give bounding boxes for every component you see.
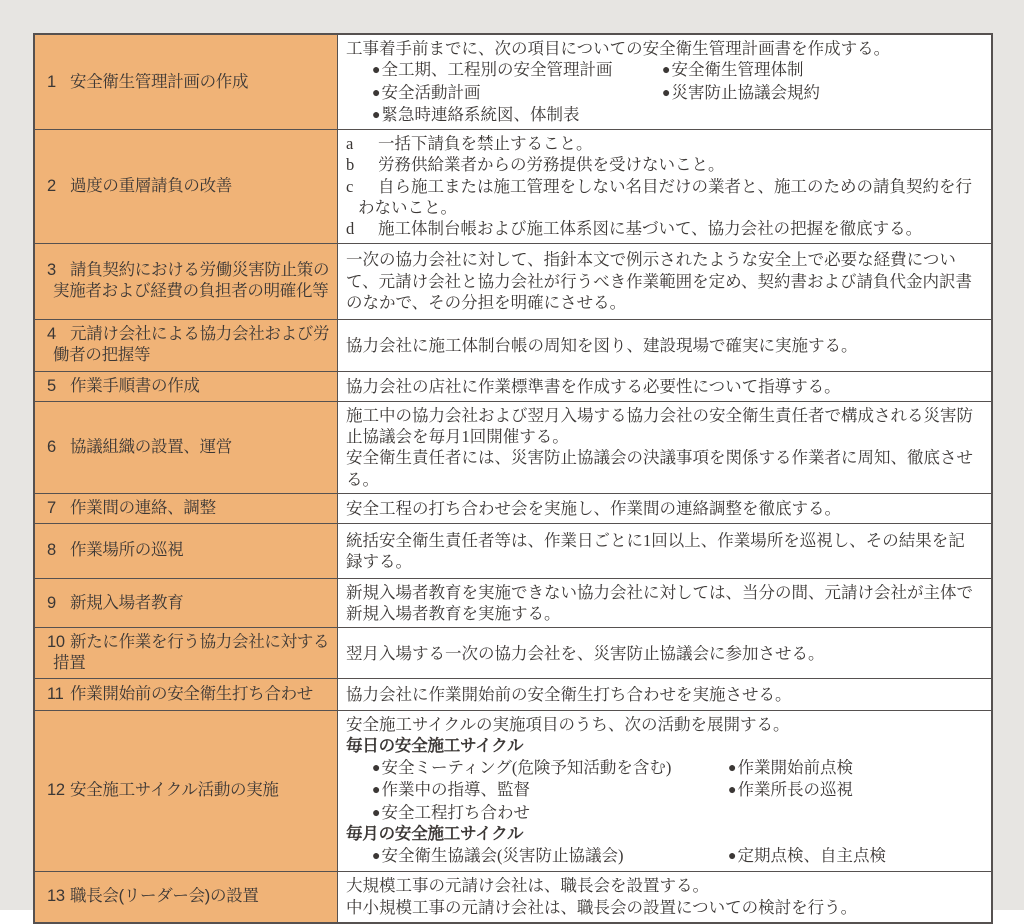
row-content-cell: 翌月入場する一次の協力会社を、災害防止協議会に参加させる。 bbox=[338, 628, 991, 678]
lettered-item-text: 施工体制台帳および施工体系図に基づいて、協力会社の把握を徹底する。 bbox=[378, 219, 922, 238]
row-label-cell: 6協議組織の設置、運営 bbox=[35, 402, 338, 493]
content-line: 新規入場者教育を実施できない協力会社に対しては、当分の間、元請け会社が主体で新規… bbox=[346, 582, 979, 625]
bullet-item: ●安全衛生協議会(災害防止協議会) bbox=[372, 845, 728, 867]
content-line: 安全工程の打ち合わせ会を実施し、作業間の連絡調整を徹底する。 bbox=[346, 498, 979, 519]
row-label: 9新規入場者教育 bbox=[47, 593, 183, 614]
content-line: 中小規模工事の元請け会社は、職長会の設置についての検討を行う。 bbox=[346, 897, 979, 918]
row-label-cell: 9新規入場者教育 bbox=[35, 579, 338, 628]
row-content-cell: 工事着手前までに、次の項目についての安全衛生管理計画書を作成する。●全工期、工程… bbox=[338, 35, 991, 129]
content-line: 翌月入場する一次の協力会社を、災害防止協議会に参加させる。 bbox=[346, 643, 979, 664]
row-label: 2過度の重層請負の改善 bbox=[47, 176, 232, 197]
document-page: 1安全衛生管理計画の作成工事着手前までに、次の項目についての安全衛生管理計画書を… bbox=[0, 0, 1024, 910]
table-row: 5作業手順書の作成協力会社の店社に作業標準書を作成する必要性について指導する。 bbox=[35, 371, 991, 401]
row-number: 11 bbox=[47, 684, 70, 705]
bullet-item-text: 作業所長の巡視 bbox=[737, 780, 853, 799]
lettered-item: b労務供給業者からの労務提供を受けないこと。 bbox=[346, 154, 979, 175]
row-number: 5 bbox=[47, 376, 70, 397]
row-label-cell: 1安全衛生管理計画の作成 bbox=[35, 35, 338, 129]
bullet-item-text: 安全工程打ち合わせ bbox=[381, 803, 530, 822]
table-row: 11作業開始前の安全衛生打ち合わせ協力会社に作業開始前の安全衛生打ち合わせを実施… bbox=[35, 678, 991, 710]
row-content-cell: 一次の協力会社に対して、指針本文で例示されたような安全上で必要な経費について、元… bbox=[338, 244, 991, 319]
bullet-item-pair: ●安全ミーティング(危険予知活動を含む)●作業開始前点検 bbox=[346, 757, 979, 779]
row-number: 8 bbox=[47, 540, 70, 561]
row-content-cell: 協力会社に施工体制台帳の周知を図り、建設現場で確実に実施する。 bbox=[338, 320, 991, 371]
row-number: 6 bbox=[47, 437, 70, 458]
row-label: 10新たに作業を行う協力会社に対する措置 bbox=[47, 632, 332, 674]
bullet-item: ●安全衛生管理体制 bbox=[662, 59, 803, 81]
table-row: 10新たに作業を行う協力会社に対する措置翌月入場する一次の協力会社を、災害防止協… bbox=[35, 627, 991, 678]
row-title: 作業開始前の安全衛生打ち合わせ bbox=[70, 685, 313, 703]
row-label: 8作業場所の巡視 bbox=[47, 540, 183, 561]
bullet-item-text: 安全活動計画 bbox=[381, 83, 480, 102]
row-label: 11作業開始前の安全衛生打ち合わせ bbox=[47, 684, 313, 705]
row-content-cell: 安全工程の打ち合わせ会を実施し、作業間の連絡調整を徹底する。 bbox=[338, 494, 991, 523]
row-number: 13 bbox=[47, 886, 70, 907]
bullet-item: ●安全ミーティング(危険予知活動を含む) bbox=[372, 757, 728, 779]
row-title: 安全衛生管理計画の作成 bbox=[70, 73, 248, 91]
bullet-item: ●定期点検、自主点検 bbox=[728, 845, 886, 867]
item-letter: b bbox=[346, 154, 378, 175]
bullet-item-pair: ●全工期、工程別の安全管理計画●安全衛生管理体制 bbox=[346, 59, 979, 81]
bullet-item: ●災害防止協議会規約 bbox=[662, 82, 820, 104]
content-subheading: 毎日の安全施工サイクル bbox=[346, 736, 979, 757]
bullet-item: ●作業中の指導、監督 bbox=[372, 779, 728, 801]
lettered-item: c自ら施工または施工管理をしない名目だけの業者と、施工のための請負契約を行わない… bbox=[346, 176, 979, 219]
content-subheading: 毎月の安全施工サイクル bbox=[346, 824, 979, 845]
row-label-cell: 10新たに作業を行う協力会社に対する措置 bbox=[35, 628, 338, 678]
item-letter: a bbox=[346, 133, 378, 154]
row-title: 過度の重層請負の改善 bbox=[70, 177, 232, 195]
bullet-item-text: 安全衛生協議会(災害防止協議会) bbox=[381, 846, 623, 865]
row-number: 1 bbox=[47, 72, 70, 93]
row-label-cell: 2過度の重層請負の改善 bbox=[35, 130, 338, 242]
row-content-cell: 施工中の協力会社および翌月入場する協力会社の安全衛生責任者で構成される災害防止協… bbox=[338, 402, 991, 493]
lettered-item-text: 労務供給業者からの労務提供を受けないこと。 bbox=[378, 155, 725, 174]
row-label-cell: 7作業間の連絡、調整 bbox=[35, 494, 338, 523]
item-letter: c bbox=[346, 176, 378, 197]
row-number: 3 bbox=[47, 260, 70, 281]
row-content-cell: 協力会社の店社に作業標準書を作成する必要性について指導する。 bbox=[338, 372, 991, 401]
bullet-item-pair: ●安全活動計画●災害防止協議会規約 bbox=[346, 82, 979, 104]
row-title: 作業場所の巡視 bbox=[70, 541, 183, 559]
bullet-item: ●全工期、工程別の安全管理計画 bbox=[372, 59, 662, 81]
row-label-cell: 3請負契約における労働災害防止策の実施者および経費の負担者の明確化等 bbox=[35, 244, 338, 319]
bullet-item: ●安全活動計画 bbox=[372, 82, 662, 104]
bullet-item: ●作業開始前点検 bbox=[728, 757, 853, 779]
content-line: 施工中の協力会社および翌月入場する協力会社の安全衛生責任者で構成される災害防止協… bbox=[346, 405, 979, 448]
safety-management-measures-table: 1安全衛生管理計画の作成工事着手前までに、次の項目についての安全衛生管理計画書を… bbox=[33, 33, 993, 924]
content-line: 協力会社に施工体制台帳の周知を図り、建設現場で確実に実施する。 bbox=[346, 335, 979, 356]
row-label: 12安全施工サイクル活動の実施 bbox=[47, 780, 279, 801]
bullet-item-text: 定期点検、自主点検 bbox=[737, 846, 886, 865]
table-row: 12安全施工サイクル活動の実施安全施工サイクルの実施項目のうち、次の活動を展開す… bbox=[35, 710, 991, 870]
row-label: 6協議組織の設置、運営 bbox=[47, 437, 232, 458]
row-content-cell: 大規模工事の元請け会社は、職長会を設置する。中小規模工事の元請け会社は、職長会の… bbox=[338, 872, 991, 922]
table-row: 1安全衛生管理計画の作成工事着手前までに、次の項目についての安全衛生管理計画書を… bbox=[35, 35, 991, 129]
row-title: 元請け会社による協力会社および労働者の把握等 bbox=[53, 325, 329, 364]
bullet-item: ●作業所長の巡視 bbox=[728, 779, 853, 801]
row-number: 9 bbox=[47, 593, 70, 614]
table-row: 4元請け会社による協力会社および労働者の把握等協力会社に施工体制台帳の周知を図り… bbox=[35, 319, 991, 371]
row-content-cell: 統括安全衛生責任者等は、作業日ごとに1回以上、作業場所を巡視し、その結果を記録す… bbox=[338, 524, 991, 578]
row-label: 13職長会(リーダー会)の設置 bbox=[47, 886, 259, 907]
row-title: 作業手順書の作成 bbox=[70, 377, 200, 395]
bullet-item-pair: ●作業中の指導、監督●作業所長の巡視 bbox=[346, 779, 979, 801]
row-label-cell: 5作業手順書の作成 bbox=[35, 372, 338, 401]
content-line: 大規模工事の元請け会社は、職長会を設置する。 bbox=[346, 875, 979, 896]
bullet-item-text: 作業中の指導、監督 bbox=[381, 780, 530, 799]
row-label-cell: 13職長会(リーダー会)の設置 bbox=[35, 872, 338, 922]
row-title: 職長会(リーダー会)の設置 bbox=[70, 887, 259, 905]
item-letter: d bbox=[346, 218, 378, 239]
row-content-cell: 協力会社に作業開始前の安全衛生打ち合わせを実施させる。 bbox=[338, 679, 991, 710]
row-label-cell: 8作業場所の巡視 bbox=[35, 524, 338, 578]
row-title: 協議組織の設置、運営 bbox=[70, 438, 232, 456]
row-number: 10 bbox=[47, 632, 70, 653]
row-number: 7 bbox=[47, 498, 70, 519]
row-label: 3請負契約における労働災害防止策の実施者および経費の負担者の明確化等 bbox=[47, 260, 332, 302]
row-label: 7作業間の連絡、調整 bbox=[47, 498, 216, 519]
row-content-cell: 新規入場者教育を実施できない協力会社に対しては、当分の間、元請け会社が主体で新規… bbox=[338, 579, 991, 628]
bullet-item: ●安全工程打ち合わせ bbox=[346, 802, 979, 824]
table-row: 6協議組織の設置、運営施工中の協力会社および翌月入場する協力会社の安全衛生責任者… bbox=[35, 401, 991, 493]
content-line: 協力会社の店社に作業標準書を作成する必要性について指導する。 bbox=[346, 376, 979, 397]
lettered-item: d施工体制台帳および施工体系図に基づいて、協力会社の把握を徹底する。 bbox=[346, 218, 979, 239]
row-title: 新規入場者教育 bbox=[70, 594, 183, 612]
table-row: 2過度の重層請負の改善a一括下請負を禁止すること。b労務供給業者からの労務提供を… bbox=[35, 129, 991, 242]
bullet-item: ●緊急時連絡系統図、体制表 bbox=[346, 104, 979, 126]
table-row: 8作業場所の巡視統括安全衛生責任者等は、作業日ごとに1回以上、作業場所を巡視し、… bbox=[35, 523, 991, 578]
content-line: 一次の協力会社に対して、指針本文で例示されたような安全上で必要な経費について、元… bbox=[346, 249, 979, 313]
bullet-item-text: 緊急時連絡系統図、体制表 bbox=[381, 105, 579, 124]
row-number: 4 bbox=[47, 324, 70, 345]
content-line: 工事着手前までに、次の項目についての安全衛生管理計画書を作成する。 bbox=[346, 38, 979, 59]
bullet-item-text: 全工期、工程別の安全管理計画 bbox=[381, 60, 612, 79]
row-content-cell: 安全施工サイクルの実施項目のうち、次の活動を展開する。毎日の安全施工サイクル●安… bbox=[338, 711, 991, 870]
row-label-cell: 4元請け会社による協力会社および労働者の把握等 bbox=[35, 320, 338, 371]
row-label: 5作業手順書の作成 bbox=[47, 376, 200, 397]
bullet-item-text: 災害防止協議会規約 bbox=[671, 83, 820, 102]
row-title: 安全施工サイクル活動の実施 bbox=[70, 781, 279, 799]
table-row: 7作業間の連絡、調整安全工程の打ち合わせ会を実施し、作業間の連絡調整を徹底する。 bbox=[35, 493, 991, 523]
bullet-item-pair: ●安全衛生協議会(災害防止協議会)●定期点検、自主点検 bbox=[346, 845, 979, 867]
content-line: 協力会社に作業開始前の安全衛生打ち合わせを実施させる。 bbox=[346, 684, 979, 705]
row-title: 作業間の連絡、調整 bbox=[70, 499, 216, 517]
row-title: 請負契約における労働災害防止策の実施者および経費の負担者の明確化等 bbox=[53, 261, 329, 300]
table-row: 13職長会(リーダー会)の設置大規模工事の元請け会社は、職長会を設置する。中小規… bbox=[35, 871, 991, 922]
bullet-item-text: 安全ミーティング(危険予知活動を含む) bbox=[381, 758, 671, 777]
row-title: 新たに作業を行う協力会社に対する措置 bbox=[53, 633, 329, 672]
lettered-item: a一括下請負を禁止すること。 bbox=[346, 133, 979, 154]
row-label-cell: 11作業開始前の安全衛生打ち合わせ bbox=[35, 679, 338, 710]
row-label-cell: 12安全施工サイクル活動の実施 bbox=[35, 711, 338, 870]
row-label: 1安全衛生管理計画の作成 bbox=[47, 72, 248, 93]
bullet-item-text: 作業開始前点検 bbox=[737, 758, 853, 777]
content-line: 安全施工サイクルの実施項目のうち、次の活動を展開する。 bbox=[346, 714, 979, 735]
row-content-cell: a一括下請負を禁止すること。b労務供給業者からの労務提供を受けないこと。c自ら施… bbox=[338, 130, 991, 242]
table-row: 9新規入場者教育新規入場者教育を実施できない協力会社に対しては、当分の間、元請け… bbox=[35, 578, 991, 628]
row-number: 12 bbox=[47, 780, 70, 801]
row-label: 4元請け会社による協力会社および労働者の把握等 bbox=[47, 324, 332, 366]
content-line: 安全衛生責任者には、災害防止協議会の決議事項を関係する作業者に周知、徹底させる。 bbox=[346, 447, 979, 490]
bullet-item-text: 安全衛生管理体制 bbox=[671, 60, 803, 79]
content-line: 統括安全衛生責任者等は、作業日ごとに1回以上、作業場所を巡視し、その結果を記録す… bbox=[346, 530, 979, 573]
table-row: 3請負契約における労働災害防止策の実施者および経費の負担者の明確化等一次の協力会… bbox=[35, 243, 991, 319]
lettered-item-text: 自ら施工または施工管理をしない名目だけの業者と、施工のための請負契約を行わないこ… bbox=[358, 177, 972, 217]
row-number: 2 bbox=[47, 176, 70, 197]
lettered-item-text: 一括下請負を禁止すること。 bbox=[378, 134, 593, 153]
